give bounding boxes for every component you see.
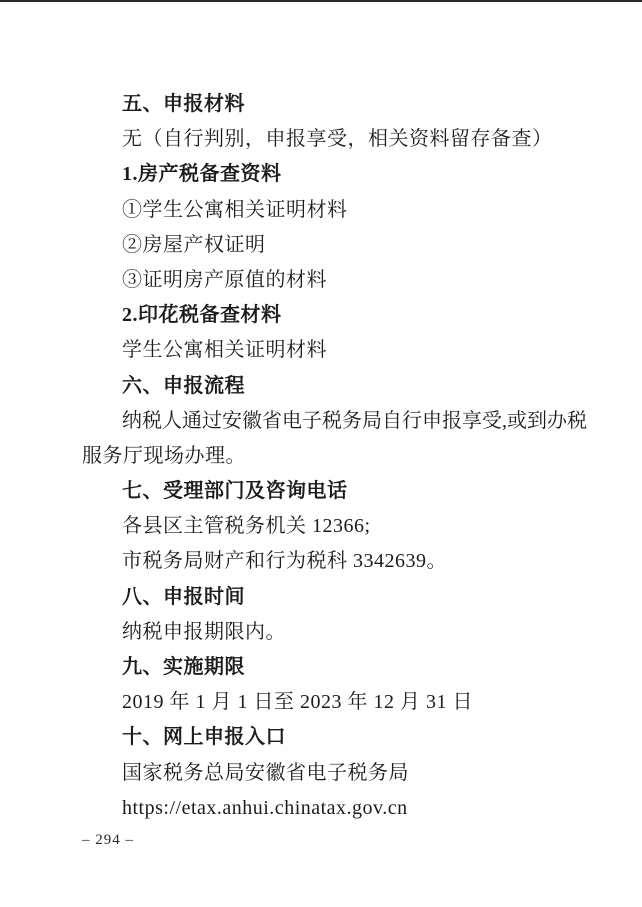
- page-number: – 294 –: [82, 830, 134, 850]
- paragraph-text: ①学生公寓相关证明材料: [82, 193, 558, 228]
- section-heading: 七、受理部门及咨询电话: [82, 474, 558, 509]
- section-heading: 五、申报材料: [82, 87, 558, 122]
- document-content: 五、申报材料无（自行判别，申报享受，相关资料留存备查）1.房产税备查资料①学生公…: [82, 87, 558, 826]
- paragraph-text: 服务厅现场办理。: [82, 439, 558, 474]
- paragraph-text: 纳税人通过安徽省电子税务局自行申报享受,或到办税: [82, 404, 558, 439]
- paragraph-text: 各县区主管税务机关 12366;: [82, 509, 558, 544]
- subsection-heading: 1.房产税备查资料: [82, 157, 558, 192]
- paragraph-text: ③证明房产原值的材料: [82, 263, 558, 298]
- etax-url-link[interactable]: https://etax.anhui.chinatax.gov.cn: [82, 791, 558, 826]
- paragraph-text: 市税务局财产和行为税科 3342639。: [82, 544, 558, 579]
- page-top-border: [0, 0, 642, 2]
- subsection-heading: 2.印花税备查材料: [82, 298, 558, 333]
- paragraph-text: 学生公寓相关证明材料: [82, 333, 558, 368]
- document-page: 五、申报材料无（自行判别，申报享受，相关资料留存备查）1.房产税备查资料①学生公…: [0, 0, 642, 907]
- paragraph-text: 国家税务总局安徽省电子税务局: [82, 756, 558, 791]
- paragraph-text: ②房屋产权证明: [82, 228, 558, 263]
- paragraph-text: 无（自行判别，申报享受，相关资料留存备查）: [82, 122, 558, 157]
- section-heading: 八、申报时间: [82, 580, 558, 615]
- paragraph-text: 纳税申报期限内。: [82, 615, 558, 650]
- paragraph-text: 2019 年 1 月 1 日至 2023 年 12 月 31 日: [82, 685, 558, 720]
- section-heading: 九、实施期限: [82, 650, 558, 685]
- section-heading: 六、申报流程: [82, 369, 558, 404]
- section-heading: 十、网上申报入口: [82, 720, 558, 755]
